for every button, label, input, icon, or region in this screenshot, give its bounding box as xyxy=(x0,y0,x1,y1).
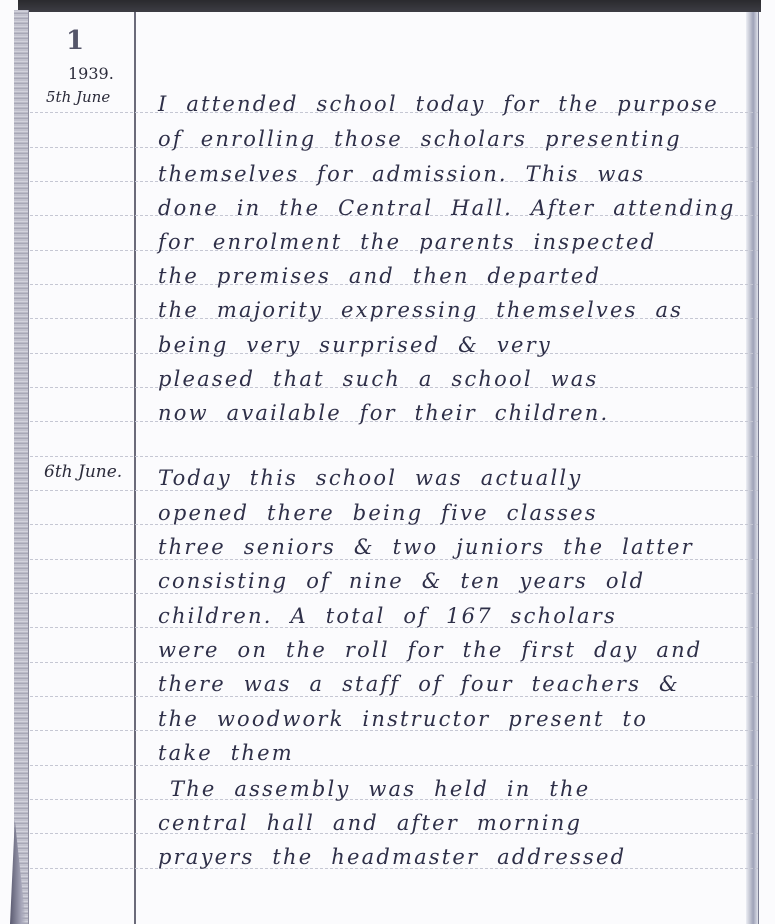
entry-date: 6th June. xyxy=(44,462,122,482)
entry-line: of enrolling those scholars presenting xyxy=(158,127,748,151)
ruled-line xyxy=(30,559,758,560)
entry-line: the majority expressing themselves as xyxy=(158,298,748,322)
entry-line: now available for their children. xyxy=(158,401,748,425)
page-number: 1 xyxy=(66,26,84,56)
entry-line: were on the roll for the first day and xyxy=(158,638,748,662)
ruled-line xyxy=(30,456,758,457)
entry-line: pleased that such a school was xyxy=(158,367,748,391)
entry-line: opened there being five classes xyxy=(158,501,748,525)
entry-line: done in the Central Hall. After attendin… xyxy=(158,196,748,220)
entry-line: consisting of nine & ten years old xyxy=(158,569,748,593)
entry-line: The assembly was held in the xyxy=(170,777,760,801)
ruled-line xyxy=(30,593,758,594)
entry-line: children. A total of 167 scholars xyxy=(158,604,748,628)
entry-line: prayers the headmaster addressed xyxy=(158,845,748,869)
entry-line: the woodwork instructor present to xyxy=(158,707,748,731)
entry-line: for enrolment the parents inspected xyxy=(158,230,748,254)
ruled-line xyxy=(30,696,758,697)
entry-year: 1939. xyxy=(68,64,114,83)
margin-line xyxy=(134,12,136,924)
entry-line: I attended school today for the purpose xyxy=(158,92,748,116)
entry-line: themselves for admission. This was xyxy=(158,162,748,186)
entry-line: the premises and then departed xyxy=(158,264,748,288)
ruled-line xyxy=(30,765,758,766)
entry-line: there was a staff of four teachers & xyxy=(158,672,748,696)
entry-line: three seniors & two juniors the latter xyxy=(158,535,748,559)
ruled-line xyxy=(30,662,758,663)
entry-date: 5th June xyxy=(46,88,110,106)
page-top-edge xyxy=(18,0,761,12)
binding-strip xyxy=(14,10,29,924)
ruled-line xyxy=(30,490,758,491)
entry-line: Today this school was actually xyxy=(158,466,748,490)
entry-line: central hall and after morning xyxy=(158,811,748,835)
entry-line: take them xyxy=(158,741,748,765)
logbook-page: 1 1939. 5th June 6th June. I attended sc… xyxy=(0,0,775,924)
entry-line: being very surprised & very xyxy=(158,333,748,357)
